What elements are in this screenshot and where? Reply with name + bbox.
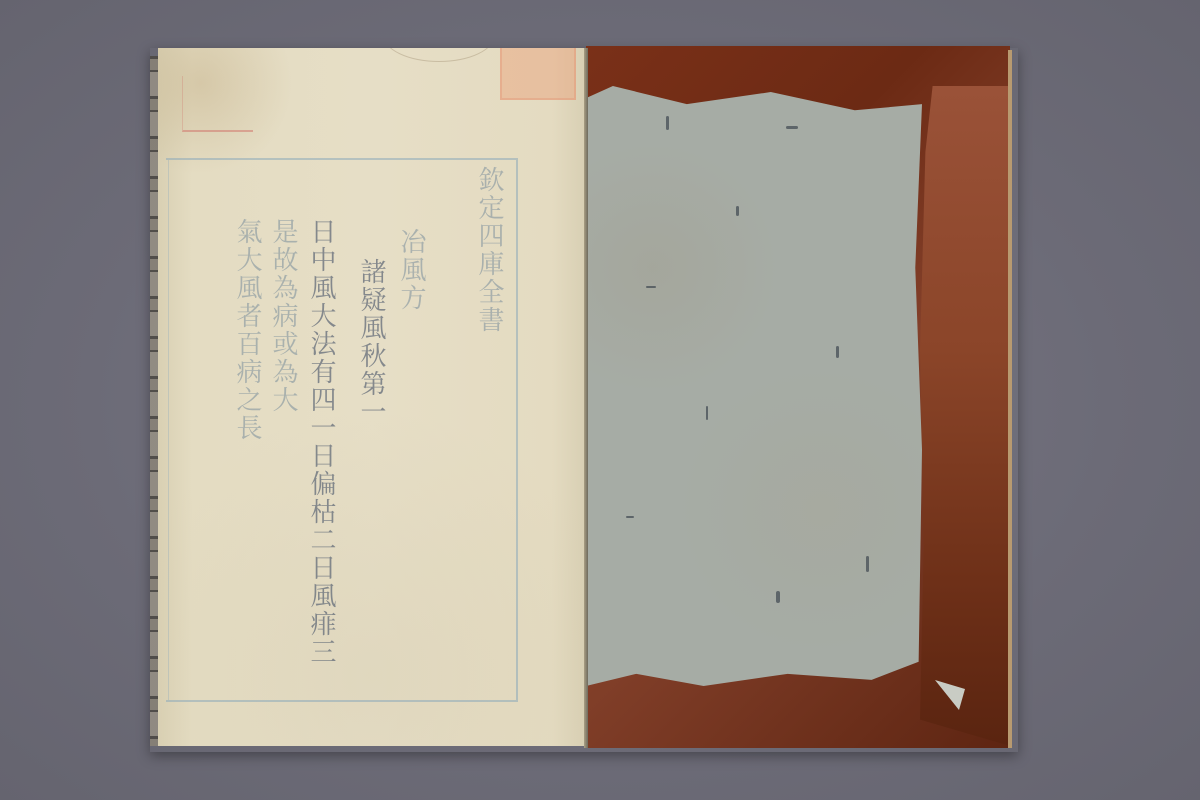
stain-arc xyxy=(383,48,495,62)
printed-text-frame xyxy=(166,158,518,702)
text-column-title: 欽定四庫全書 xyxy=(476,166,502,334)
text-column-heading: 冶風方 xyxy=(398,228,424,312)
grey-endpaper xyxy=(586,86,922,692)
cover-turn-in-flap xyxy=(920,86,1010,746)
text-column-body: 氣大風者百病之長 xyxy=(234,218,260,442)
red-ruled-box xyxy=(182,76,253,132)
left-page: 欽定四庫全書 冶風方 諸疑風秋第一 日中風大法有四一日偏枯二日風痱三 是故為病或… xyxy=(158,48,586,746)
text-column-section: 諸疑風秋第一 xyxy=(358,258,384,426)
seal-stamp xyxy=(500,48,576,100)
cover-edge xyxy=(1008,50,1012,748)
book-gutter xyxy=(584,48,588,748)
text-column-body: 日中風大法有四一日偏枯二日風痱三 xyxy=(308,218,334,666)
text-column-body: 是故為病或為大 xyxy=(270,218,296,414)
